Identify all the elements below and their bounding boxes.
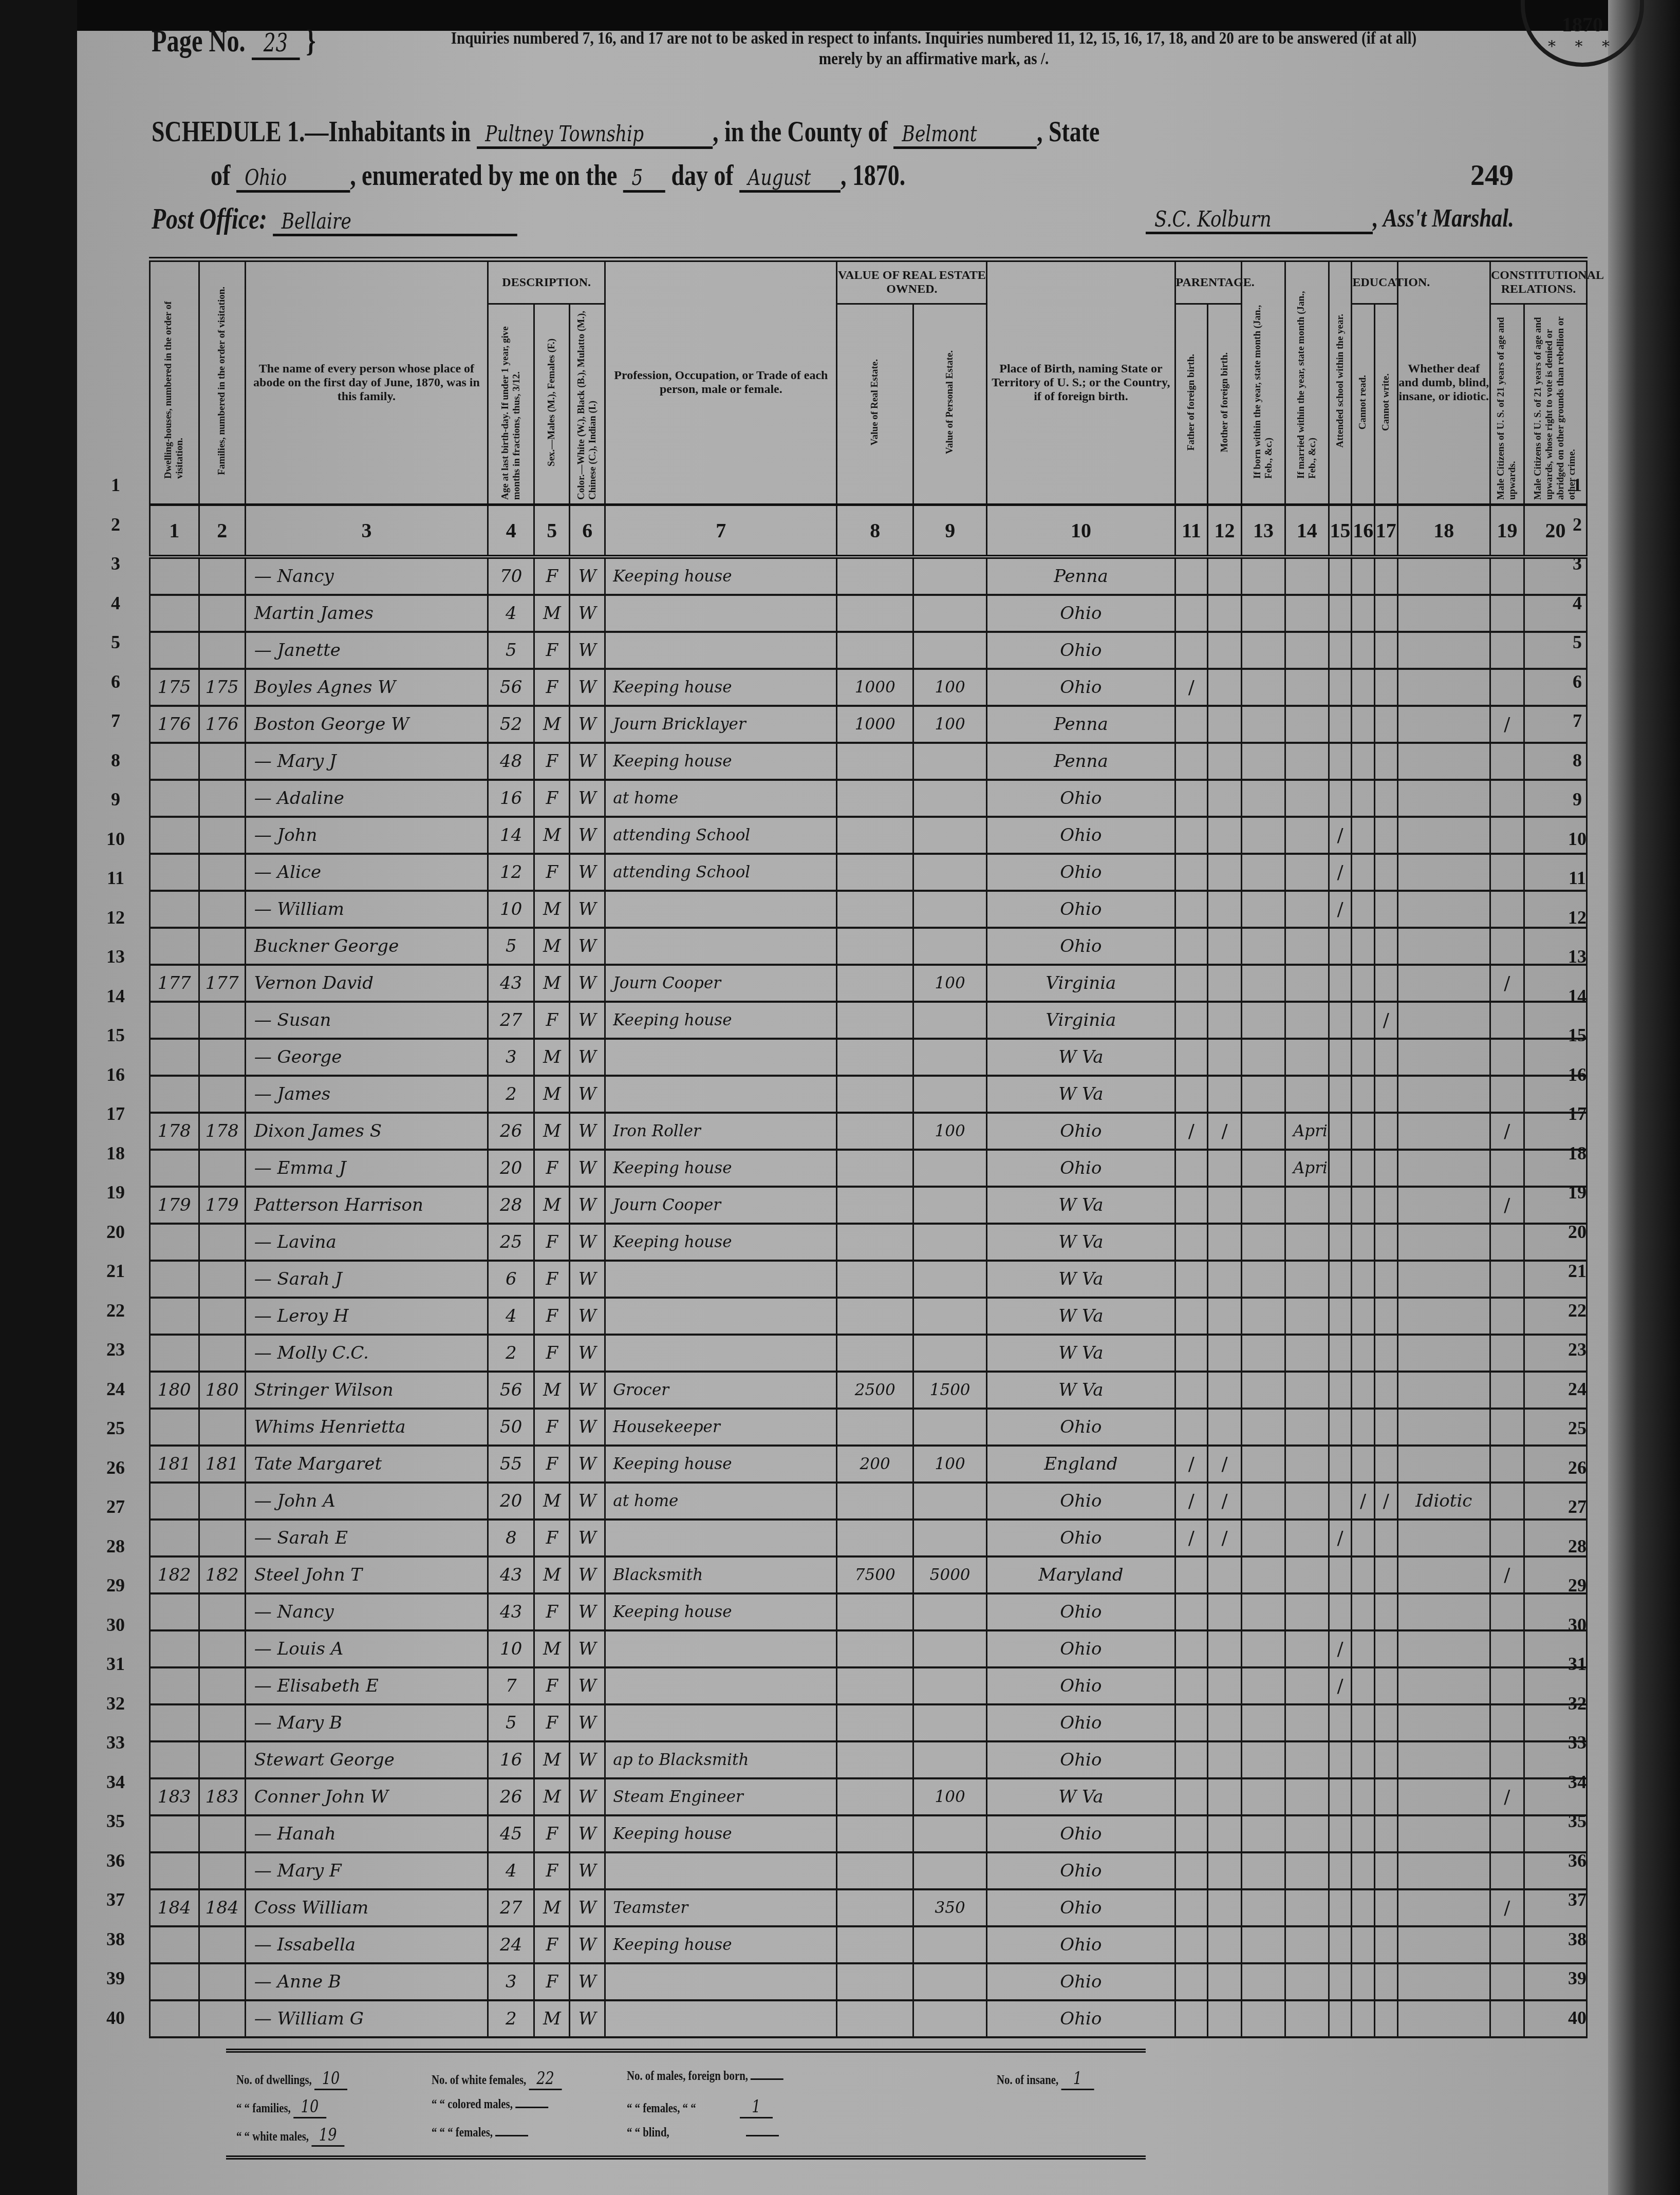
table-row: Mary F4FWOhio (150, 1852, 1587, 1889)
line-number-left: 11 (100, 867, 131, 889)
cannot-write-mark (1374, 854, 1397, 891)
mother-foreign-mark: / (1208, 1113, 1242, 1150)
occupation: at home (605, 1483, 837, 1519)
color: W (570, 1889, 605, 1926)
color: W (570, 1002, 605, 1039)
attended-school-mark (1329, 1335, 1352, 1372)
family-number: 183 (199, 1778, 245, 1815)
mother-foreign-mark (1208, 743, 1242, 780)
table-row: Buckner George5MWOhio (150, 928, 1587, 965)
line-number-left: 18 (100, 1142, 131, 1164)
born-within-year (1242, 1409, 1285, 1446)
table-row: Alice12FWattending SchoolOhio/ (150, 854, 1587, 891)
township-field: Pultney Township (477, 121, 713, 149)
column-number: 2 (199, 505, 245, 557)
table-row: Whims Henrietta50FWHousekeeperOhio (150, 1409, 1587, 1446)
real-estate-value (837, 1039, 913, 1076)
table-row: 181181Tate Margaret55FWKeeping house2001… (150, 1446, 1587, 1483)
header-group-real-estate: VALUE OF REAL ESTATE OWNED. (837, 259, 987, 304)
occupation: attending School (605, 817, 837, 854)
birthplace: Ohio (987, 595, 1175, 632)
summary-colored-males: “ “ colored males, (432, 2096, 548, 2112)
color: W (570, 1446, 605, 1483)
family-number (199, 1335, 245, 1372)
cannot-read-mark (1352, 1926, 1375, 1963)
real-estate-value (837, 1076, 913, 1113)
disability (1397, 1335, 1490, 1372)
line-number-left: 10 (100, 828, 131, 850)
birthplace: Maryland (987, 1556, 1175, 1593)
sex: M (534, 1076, 570, 1113)
real-estate-value (837, 1778, 913, 1815)
line-number-left: 13 (100, 946, 131, 967)
family-number (199, 1926, 245, 1963)
cannot-write-mark (1374, 1150, 1397, 1187)
mother-foreign-mark (1208, 1261, 1242, 1298)
occupation: Keeping house (605, 669, 837, 706)
personal-estate-value (913, 1926, 987, 1963)
occupation: Teamster (605, 1889, 837, 1926)
birthplace: Ohio (987, 1889, 1175, 1926)
real-estate-value: 200 (837, 1446, 913, 1483)
real-estate-value (837, 1150, 913, 1187)
birthplace: W Va (987, 1039, 1175, 1076)
age: 5 (488, 1704, 534, 1741)
cannot-write-mark (1374, 1778, 1397, 1815)
cannot-write-mark (1374, 1261, 1397, 1298)
attended-school-mark (1329, 1261, 1352, 1298)
male-citizen-mark (1490, 632, 1524, 669)
cannot-read-mark (1352, 1409, 1375, 1446)
sex: F (534, 557, 570, 595)
dwelling-number (150, 1261, 199, 1298)
born-within-year (1242, 817, 1285, 854)
age: 4 (488, 595, 534, 632)
person-name: James (245, 1076, 488, 1113)
married-within-year (1285, 1963, 1329, 2000)
birthplace: Penna (987, 557, 1175, 595)
male-citizen-mark (1490, 1852, 1524, 1889)
column-number: 6 (570, 505, 605, 557)
header-male-citizens: Male Citizens of U. S. of 21 years of ag… (1490, 304, 1524, 505)
married-within-year (1285, 1446, 1329, 1483)
age: 48 (488, 743, 534, 780)
birthplace: Ohio (987, 1704, 1175, 1741)
dwelling-number (150, 1150, 199, 1187)
male-citizen-mark (1490, 1002, 1524, 1039)
personal-estate-value (913, 1593, 987, 1630)
born-within-year (1242, 1298, 1285, 1335)
father-foreign-mark (1175, 1409, 1208, 1446)
personal-estate-value (913, 1002, 987, 1039)
disability (1397, 632, 1490, 669)
disability (1397, 1446, 1490, 1483)
dwelling-number (150, 928, 199, 965)
cannot-read-mark (1352, 1298, 1375, 1335)
summary-foreign-males: No. of males, foreign born, (627, 2068, 783, 2084)
occupation: Keeping house (605, 1224, 837, 1261)
line-number-right: 40 (1562, 2007, 1593, 2029)
column-number: 10 (987, 505, 1175, 557)
born-within-year (1242, 1113, 1285, 1150)
birthplace: Ohio (987, 1630, 1175, 1667)
occupation: Keeping house (605, 1446, 837, 1483)
table-row: Adaline16FWat homeOhio (150, 780, 1587, 817)
cannot-write-mark (1374, 928, 1397, 965)
real-estate-value (837, 743, 913, 780)
person-name: Boston George W (245, 706, 488, 743)
line-number-left: 35 (100, 1810, 131, 1832)
cannot-write-mark (1374, 1446, 1397, 1483)
family-number (199, 817, 245, 854)
born-within-year (1242, 1039, 1285, 1076)
birthplace: Ohio (987, 891, 1175, 928)
table-row: James2MWW Va (150, 1076, 1587, 1113)
sex: F (534, 1852, 570, 1889)
cannot-write-mark (1374, 1187, 1397, 1224)
personal-estate-value (913, 2000, 987, 2037)
age: 14 (488, 817, 534, 854)
person-name: Patterson Harrison (245, 1187, 488, 1224)
attended-school-mark (1329, 557, 1352, 595)
cannot-write-mark (1374, 780, 1397, 817)
married-within-year (1285, 1593, 1329, 1630)
post-office-line: Post Office: Bellaire (152, 203, 517, 236)
born-within-year (1242, 2000, 1285, 2037)
attended-school-mark (1329, 1002, 1352, 1039)
table-row: Issabella24FWKeeping houseOhio (150, 1926, 1587, 1963)
cannot-read-mark (1352, 1593, 1375, 1630)
attended-school-mark (1329, 1409, 1352, 1446)
male-citizen-mark (1490, 1963, 1524, 2000)
age: 10 (488, 1630, 534, 1667)
mother-foreign-mark (1208, 1889, 1242, 1926)
color: W (570, 1593, 605, 1630)
column-number: 18 (1397, 505, 1490, 557)
cannot-read-mark (1352, 1704, 1375, 1741)
cannot-write-mark: / (1374, 1483, 1397, 1519)
father-foreign-mark (1175, 780, 1208, 817)
header-cannot-write: Cannot write. (1374, 304, 1397, 505)
line-number-right: 11 (1562, 867, 1593, 889)
person-name: Sarah J (245, 1261, 488, 1298)
line-number-left: 20 (100, 1221, 131, 1243)
table-row: 180180Stringer Wilson56MWGrocer25001500W… (150, 1372, 1587, 1409)
line-number-right: 22 (1562, 1300, 1593, 1321)
line-number-left: 26 (100, 1457, 131, 1478)
sex: M (534, 1483, 570, 1519)
married-within-year (1285, 817, 1329, 854)
birthplace: W Va (987, 1224, 1175, 1261)
birthplace: W Va (987, 1261, 1175, 1298)
summary-white-males: “ “ white males, 19 (236, 2125, 344, 2147)
father-foreign-mark (1175, 965, 1208, 1002)
header-real-estate: Value of Real Estate. (837, 304, 913, 505)
table-row: Sarah E8FWOhio/// (150, 1519, 1587, 1556)
male-citizen-mark (1490, 1667, 1524, 1704)
occupation: Blacksmith (605, 1556, 837, 1593)
color: W (570, 1076, 605, 1113)
mother-foreign-mark (1208, 632, 1242, 669)
line-number-right: 35 (1562, 1810, 1593, 1832)
father-foreign-mark (1175, 1335, 1208, 1372)
color: W (570, 1298, 605, 1335)
occupation (605, 595, 837, 632)
line-number-left: 2 (100, 514, 131, 535)
line-number-right: 24 (1562, 1378, 1593, 1400)
occupation: Journ Cooper (605, 1187, 837, 1224)
mother-foreign-mark (1208, 817, 1242, 854)
line-number-left: 40 (100, 2007, 131, 2029)
line-number-right: 3 (1562, 553, 1593, 574)
cannot-write-mark (1374, 1593, 1397, 1630)
age: 5 (488, 632, 534, 669)
real-estate-value (837, 595, 913, 632)
mother-foreign-mark (1208, 1630, 1242, 1667)
personal-estate-value (913, 1519, 987, 1556)
cannot-write-mark (1374, 1667, 1397, 1704)
family-number (199, 1815, 245, 1852)
dwelling-number (150, 1667, 199, 1704)
occupation (605, 1076, 837, 1113)
table-row: Sarah J6FWW Va (150, 1261, 1587, 1298)
birthplace: Ohio (987, 1815, 1175, 1852)
male-citizen-mark (1490, 743, 1524, 780)
birthplace: Ohio (987, 1409, 1175, 1446)
header-group-parentage: PARENTAGE. (1175, 259, 1241, 304)
family-number (199, 557, 245, 595)
age: 45 (488, 1815, 534, 1852)
father-foreign-mark (1175, 1741, 1208, 1778)
mother-foreign-mark (1208, 1039, 1242, 1076)
birthplace: Ohio (987, 1150, 1175, 1187)
sex: F (534, 1815, 570, 1852)
table-row: Mary B5FWOhio (150, 1704, 1587, 1741)
cannot-read-mark (1352, 928, 1375, 965)
born-within-year (1242, 1704, 1285, 1741)
mother-foreign-mark (1208, 2000, 1242, 2037)
table-row: Louis A10MWOhio/ (150, 1630, 1587, 1667)
sex: F (534, 1593, 570, 1630)
occupation: Iron Roller (605, 1113, 837, 1150)
cannot-read-mark (1352, 1372, 1375, 1409)
column-number-row: 1234567891011121314151617181920 (150, 505, 1587, 557)
table-row: 176176Boston George W52MWJourn Bricklaye… (150, 706, 1587, 743)
sex: M (534, 1113, 570, 1150)
father-foreign-mark (1175, 557, 1208, 595)
born-within-year (1242, 1446, 1285, 1483)
mother-foreign-mark (1208, 1335, 1242, 1372)
occupation (605, 1298, 837, 1335)
instructions-notice: Inquiries numbered 7, 16, and 17 are not… (437, 28, 1431, 69)
cannot-read-mark: / (1352, 1483, 1375, 1519)
mother-foreign-mark (1208, 1704, 1242, 1741)
sex: F (534, 1150, 570, 1187)
dwelling-number: 176 (150, 706, 199, 743)
real-estate-value (837, 1335, 913, 1372)
father-foreign-mark (1175, 1002, 1208, 1039)
column-number: 15 (1329, 505, 1352, 557)
real-estate-value (837, 1261, 913, 1298)
column-number: 7 (605, 505, 837, 557)
age: 4 (488, 1852, 534, 1889)
dwelling-number (150, 1630, 199, 1667)
born-within-year (1242, 1852, 1285, 1889)
color: W (570, 1372, 605, 1409)
attended-school-mark (1329, 1889, 1352, 1926)
color: W (570, 1963, 605, 2000)
cannot-write-mark (1374, 965, 1397, 1002)
birthplace: Virginia (987, 965, 1175, 1002)
disability (1397, 669, 1490, 706)
attended-school-mark (1329, 1815, 1352, 1852)
header-cannot-read: Cannot read. (1352, 304, 1375, 505)
occupation (605, 891, 837, 928)
sex: F (534, 854, 570, 891)
cannot-read-mark (1352, 1224, 1375, 1261)
table-row: Mary J48FWKeeping housePenna (150, 743, 1587, 780)
sex: F (534, 743, 570, 780)
person-name: Adaline (245, 780, 488, 817)
line-number-right: 30 (1562, 1614, 1593, 1636)
male-citizen-mark (1490, 1926, 1524, 1963)
header-name: The name of every person whose place of … (245, 259, 488, 505)
family-number (199, 1852, 245, 1889)
age: 2 (488, 1335, 534, 1372)
family-number (199, 1519, 245, 1556)
born-within-year (1242, 1483, 1285, 1519)
family-number (199, 1224, 245, 1261)
family-number (199, 1298, 245, 1335)
mother-foreign-mark: / (1208, 1483, 1242, 1519)
cannot-read-mark (1352, 1852, 1375, 1889)
real-estate-value: 1000 (837, 706, 913, 743)
disability (1397, 1889, 1490, 1926)
person-name: Susan (245, 1002, 488, 1039)
personal-estate-value: 1500 (913, 1372, 987, 1409)
personal-estate-value (913, 854, 987, 891)
personal-estate-value (913, 1298, 987, 1335)
born-within-year (1242, 1815, 1285, 1852)
married-within-year (1285, 854, 1329, 891)
born-within-year (1242, 1002, 1285, 1039)
attended-school-mark (1329, 1150, 1352, 1187)
real-estate-value (837, 2000, 913, 2037)
personal-estate-value: 350 (913, 1889, 987, 1926)
column-number: 5 (534, 505, 570, 557)
line-number-right: 15 (1562, 1024, 1593, 1046)
personal-estate-value (913, 1409, 987, 1446)
cannot-write-mark (1374, 1741, 1397, 1778)
cannot-write-mark (1374, 743, 1397, 780)
column-number: 16 (1352, 505, 1375, 557)
occupation: at home (605, 780, 837, 817)
scan-right-edge (1608, 0, 1680, 2195)
sex: F (534, 1963, 570, 2000)
family-number (199, 891, 245, 928)
table-row: William10MWOhio/ (150, 891, 1587, 928)
male-citizen-mark (1490, 1039, 1524, 1076)
dwelling-number (150, 595, 199, 632)
sex: F (534, 780, 570, 817)
male-citizen-mark (1490, 1593, 1524, 1630)
father-foreign-mark (1175, 1889, 1208, 1926)
father-foreign-mark (1175, 706, 1208, 743)
attended-school-mark (1329, 1113, 1352, 1150)
attended-school-mark (1329, 1372, 1352, 1409)
line-number-left: 23 (100, 1339, 131, 1360)
family-number: 179 (199, 1187, 245, 1224)
male-citizen-mark (1490, 854, 1524, 891)
person-name: Mary J (245, 743, 488, 780)
person-name: Dixon James S (245, 1113, 488, 1150)
occupation (605, 1704, 837, 1741)
real-estate-value (837, 1519, 913, 1556)
person-name: Mary F (245, 1852, 488, 1889)
age: 55 (488, 1446, 534, 1483)
family-number (199, 2000, 245, 2037)
line-number-left: 1 (100, 474, 131, 496)
real-estate-value (837, 1889, 913, 1926)
cannot-read-mark (1352, 1150, 1375, 1187)
age: 10 (488, 891, 534, 928)
line-number-left: 14 (100, 985, 131, 1007)
person-name: Stewart George (245, 1741, 488, 1778)
dwelling-number (150, 1963, 199, 2000)
person-name: Martin James (245, 595, 488, 632)
stamp-year: 1870 (1562, 12, 1603, 36)
cannot-write-mark (1374, 1556, 1397, 1593)
header-personal-estate: Value of Personal Estate. (913, 304, 987, 505)
dwelling-number: 177 (150, 965, 199, 1002)
dwelling-number (150, 1519, 199, 1556)
disability (1397, 1778, 1490, 1815)
real-estate-value (837, 1963, 913, 2000)
personal-estate-value (913, 1224, 987, 1261)
sex: F (534, 1409, 570, 1446)
column-number: 8 (837, 505, 913, 557)
married-within-year (1285, 1519, 1329, 1556)
line-number-right: 14 (1562, 985, 1593, 1007)
occupation (605, 1519, 837, 1556)
father-foreign-mark (1175, 1852, 1208, 1889)
enumeration-line: of Ohio, enumerated by me on the 5 day o… (211, 159, 905, 193)
dwelling-number: 181 (150, 1446, 199, 1483)
father-foreign-mark (1175, 1778, 1208, 1815)
header-birthplace: Place of Birth, naming State or Territor… (987, 259, 1175, 505)
occupation (605, 1963, 837, 2000)
column-number: 13 (1242, 505, 1285, 557)
cannot-read-mark (1352, 632, 1375, 669)
header-disability: Whether deaf and dumb, blind, insane, or… (1397, 259, 1490, 505)
mother-foreign-mark (1208, 1076, 1242, 1113)
attended-school-mark (1329, 1224, 1352, 1261)
sex: F (534, 1519, 570, 1556)
dwelling-number (150, 1076, 199, 1113)
sex: F (534, 1224, 570, 1261)
line-number-left: 21 (100, 1260, 131, 1282)
married-within-year (1285, 1556, 1329, 1593)
line-number-right: 39 (1562, 1967, 1593, 1989)
schedule-line: SCHEDULE 1.—Inhabitants in Pultney Towns… (152, 116, 1099, 149)
age: 50 (488, 1409, 534, 1446)
line-number-left: 30 (100, 1614, 131, 1636)
born-within-year (1242, 965, 1285, 1002)
person-name: John (245, 817, 488, 854)
father-foreign-mark (1175, 1150, 1208, 1187)
cannot-read-mark (1352, 2000, 1375, 2037)
family-number (199, 780, 245, 817)
